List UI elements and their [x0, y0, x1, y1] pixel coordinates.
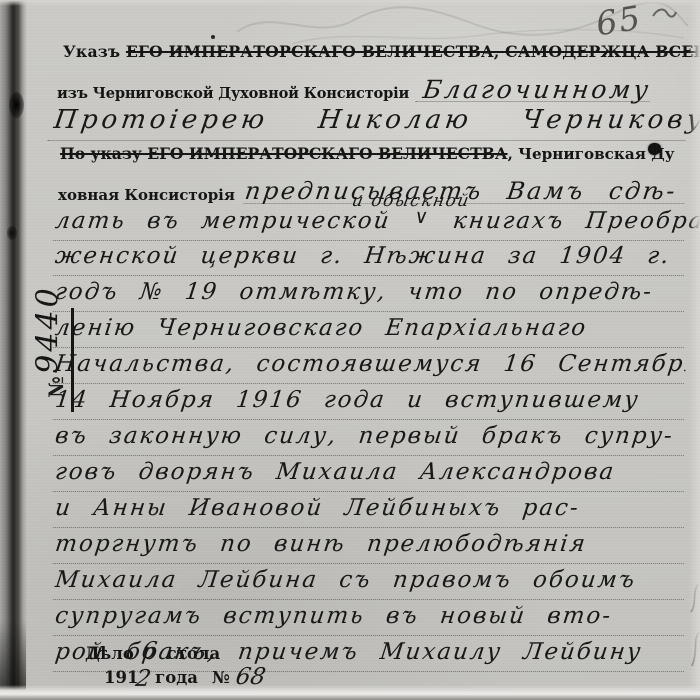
from-consistory-label: изъ Черниговской Духовной Консисторіи — [57, 85, 409, 102]
handwritten-line: и Анны Ивановой Лейбиныхъ рас- — [53, 492, 688, 528]
handwritten-line-with-caret: лать въ метрической ∨ книгахъ Преобра- — [53, 205, 688, 241]
pencil-page-number: 65 — [593, 0, 645, 43]
ink-speck — [211, 35, 215, 39]
handwritten-line: въ законную силу, первый бракъ супру- — [53, 420, 688, 456]
stola-label: стола — [167, 644, 221, 663]
handwritten-line: женской церкви г. Нѣжина за 1904 г. — [53, 240, 688, 276]
gutter-blot — [9, 92, 24, 118]
scanned-document-page: 65 Указъ ЕГО ИМПЕРАТОРСКАГО ВЕЛИЧЕСТВА, … — [0, 0, 700, 700]
consistory-continuation: ховная Консисторія — [58, 186, 235, 204]
handwritten-line: торгнутъ по винѣ прелюбодѣянія — [53, 528, 688, 564]
handwritten-line: супругамъ вступить въ новый вто- — [53, 600, 688, 636]
gutter-blot — [7, 226, 17, 240]
by-decree-line: По указу ЕГО ИМПЕРАТОРСКАГО ВЕЛИЧЕСТВА, … — [60, 144, 674, 163]
addressee-handwritten-1: Благочинному — [415, 79, 652, 102]
desk-number-handwritten: 6 — [140, 638, 159, 664]
margin-no-symbol: № — [44, 371, 68, 403]
line6-post: книгахъ Преобра- — [451, 208, 700, 234]
struck-by-decree: По указу ЕГО ИМПЕРАТОРСКАГО ВЕЛИЧЕСТВА — [60, 144, 508, 163]
paper-edge-top — [0, 0, 700, 6]
ukaz-label: Указъ — [63, 42, 126, 61]
handwritten-line: 14 Ноября 1916 года и вступившему — [53, 384, 688, 420]
handwritten-line: Михаила Лейбина съ правомъ обоимъ — [53, 564, 688, 600]
struck-imperial-title: ЕГО ИМПЕРАТОРСКАГО ВЕЛИЧЕСТВА, САМОДЕРЖЦ… — [126, 42, 700, 61]
margin-rule-line — [71, 308, 74, 412]
paper-edge-bottom — [0, 685, 700, 700]
decree-title-line: Указъ ЕГО ИМПЕРАТОРСКАГО ВЕЛИЧЕСТВА, САМ… — [63, 42, 700, 61]
consistory-from-line: изъ Черниговской Духовной Консисторіи Бл… — [57, 71, 648, 102]
handwritten-line: ленію Черниговскаго Епархіальнаго — [53, 312, 688, 348]
margin-registration-number: 9440 — [31, 274, 66, 386]
handwritten-line: Начальства, состоявшемуся 16 Сентября- — [53, 348, 688, 384]
addressee-handwritten-2: Протоіерею Николаю Черникову — [47, 103, 690, 141]
line6-pre: лать въ метрической — [54, 208, 392, 234]
case-desk-line: Дѣло 6 стола — [85, 644, 220, 664]
delo-label: Дѣло — [85, 644, 134, 663]
handwritten-body: женской церкви г. Нѣжина за 1904 г. годъ… — [55, 240, 686, 672]
paper-edge-right — [689, 0, 700, 700]
insertion-caret-icon: ∨ — [412, 201, 432, 234]
handwritten-line: годъ № 19 отмѣтку, что по опредѣ- — [53, 276, 688, 312]
pencil-flourish — [651, 6, 677, 22]
handwritten-line: говъ дворянъ Михаила Александрова — [53, 456, 688, 492]
